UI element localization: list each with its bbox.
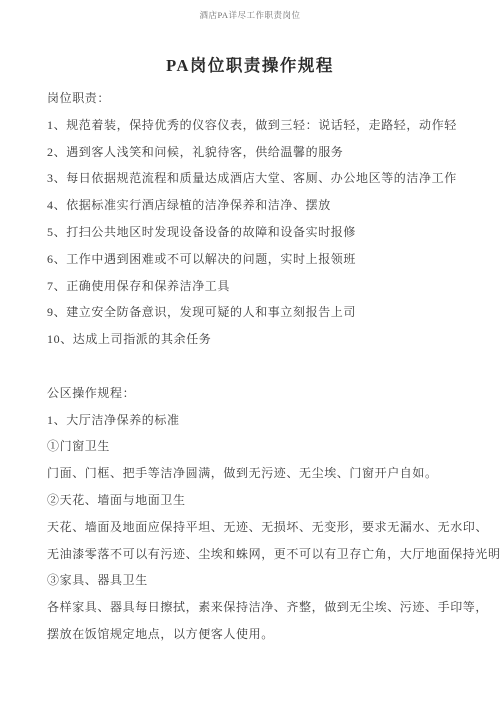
- paragraph-line: 天花、墙面及地面应保持平坦、无迹、无损坏、无变形，要求无漏水、无水印、: [47, 514, 460, 541]
- document-body: 岗位职责：1、规范着装，保持优秀的仪容仪表，做到三轻：说话轻，走路轻，动作轻2、…: [47, 85, 460, 648]
- blank-line: [47, 353, 460, 380]
- paragraph-line: 1、大厅洁净保养的标准: [47, 407, 460, 434]
- page-title: PA岗位职责操作规程: [0, 55, 500, 77]
- document-page: 酒店PA详尽工作职责岗位 PA岗位职责操作规程 岗位职责：1、规范着装，保持优秀…: [0, 0, 500, 708]
- paragraph-line: 6、工作中遇到困难或不可以解决的问题，实时上报领班: [47, 246, 460, 273]
- paragraph-line: ③家具、器具卫生: [47, 567, 460, 594]
- paragraph-line: 9、建立安全防备意识，发现可疑的人和事立刻报告上司: [47, 299, 460, 326]
- paragraph-line: 7、正确使用保存和保养洁净工具: [47, 273, 460, 300]
- paragraph-line: 门面、门框、把手等洁净圆满，做到无污迹、无尘埃、门窗开户自如。: [47, 460, 460, 487]
- paragraph-line: ①门窗卫生: [47, 433, 460, 460]
- paragraph-line: ②天花、墙面与地面卫生: [47, 487, 460, 514]
- paragraph-line: 公区操作规程：: [47, 380, 460, 407]
- paragraph-line: 各样家具、器具每日擦拭，素来保持洁净、齐整，做到无尘埃、污迹、手印等，: [47, 594, 460, 621]
- paragraph-line: 3、每日依据规范流程和质量达成酒店大堂、客厕、办公地区等的洁净工作: [47, 165, 460, 192]
- document-header-watermark: 酒店PA详尽工作职责岗位: [0, 0, 500, 21]
- paragraph-line: 无油漆零落不可以有污迹、尘埃和蛛网，更不可以有卫存亡角，大厅地面保持光明。: [47, 541, 460, 568]
- paragraph-line: 4、依据标准实行酒店绿植的洁净保养和洁净、摆放: [47, 192, 460, 219]
- paragraph-line: 摆放在饭馆规定地点，以方便客人使用。: [47, 621, 460, 648]
- paragraph-line: 岗位职责：: [47, 85, 460, 112]
- paragraph-line: 10、达成上司指派的其余任务: [47, 326, 460, 353]
- paragraph-line: 5、打扫公共地区时发现设备设备的故障和设备实时报修: [47, 219, 460, 246]
- paragraph-line: 2、遇到客人浅笑和问候，礼貌待客，供给温馨的服务: [47, 139, 460, 166]
- paragraph-line: 1、规范着装，保持优秀的仪容仪表，做到三轻：说话轻，走路轻，动作轻: [47, 112, 460, 139]
